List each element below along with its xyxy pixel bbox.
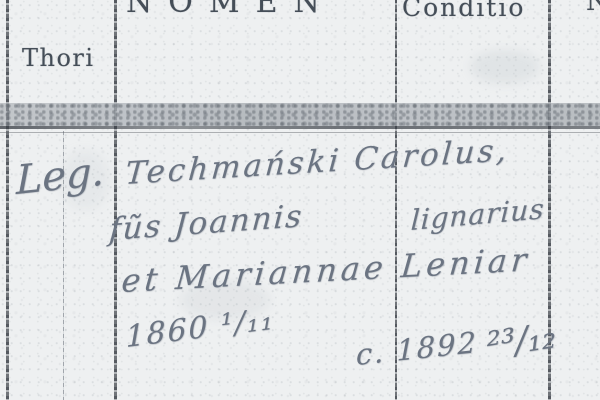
column-rule-thori-nomen	[114, 0, 117, 400]
entry-birth-date: 1860 ¹/₁₁	[125, 302, 275, 355]
entry-mother-line: et Mariannae Leniar	[120, 240, 532, 300]
column-header-next-fragment: N	[586, 0, 600, 17]
register-scan-page: Thori NOMEN Conditio N Leg. Techmański C…	[0, 0, 600, 400]
entry-marriage-day-fraction: ²³/₁₂	[486, 315, 557, 367]
column-header-nomen: NOMEN	[126, 0, 336, 20]
scan-blotch	[470, 50, 540, 84]
entry-marriage-date: c. 1892	[356, 325, 478, 372]
entry-name-line: Techmański Carolus,	[124, 132, 511, 192]
entry-filiation-line: fũs Joannis	[108, 198, 305, 248]
column-rule-left-outer	[6, 0, 9, 400]
header-separator-line	[0, 126, 600, 129]
column-header-thori: Thori	[22, 44, 95, 72]
entry-legitimacy: Leg.	[16, 148, 104, 204]
header-separator-smudge-band	[0, 103, 600, 126]
entry-condition: lignarius	[410, 192, 546, 237]
column-header-conditio: Conditio	[402, 0, 525, 22]
